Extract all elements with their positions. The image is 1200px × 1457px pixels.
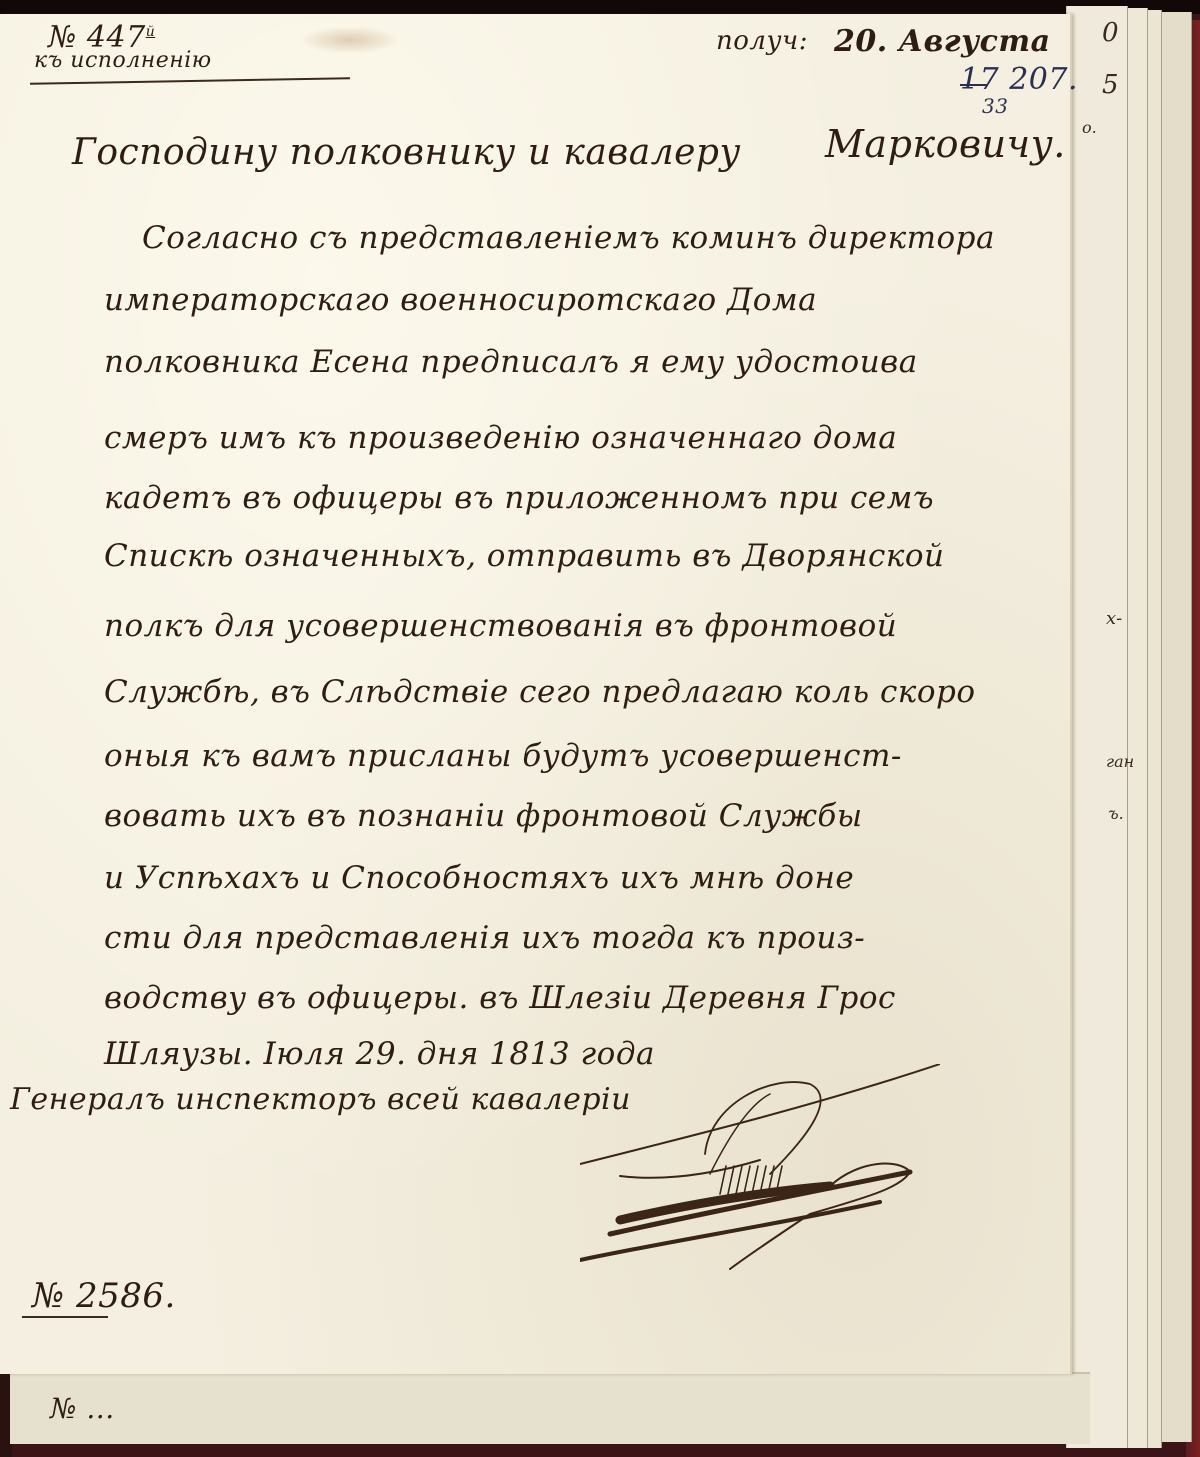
folio-alt-number: 33 bbox=[982, 94, 1008, 118]
signatory-title: Генералъ инспекторъ всей кавалеріи bbox=[10, 1082, 631, 1117]
margin-mark: 5 bbox=[1102, 70, 1119, 100]
reference-caption: къ исполненію bbox=[34, 48, 212, 73]
underlying-page-mark: № ... bbox=[50, 1392, 115, 1425]
margin-mark: 0 bbox=[1102, 18, 1119, 48]
margin-mark: ъ. bbox=[1108, 804, 1124, 823]
body-line: сти для представленія ихъ тогда къ произ… bbox=[104, 920, 865, 956]
body-line: полковника Есена предписалъ я ему удосто… bbox=[104, 344, 918, 380]
body-line: смеръ имъ къ произведенію означеннаго до… bbox=[104, 420, 897, 456]
registry-underline bbox=[22, 1316, 108, 1318]
body-line: Спискѣ означенныхъ, отправить въ Дворянс… bbox=[104, 538, 945, 574]
signature-flourish bbox=[580, 1064, 940, 1274]
underlying-page bbox=[10, 1372, 1090, 1444]
registry-number: № 2586. bbox=[32, 1276, 176, 1316]
stacked-page-edge bbox=[1066, 6, 1128, 1448]
body-line: водству въ офицеры. въ Шлезіи Деревня Гр… bbox=[104, 980, 896, 1016]
body-line: и Успѣхахъ и Способностяхъ ихъ мнѣ доне bbox=[104, 860, 854, 896]
body-line: кадетъ въ офицеры въ приложенномъ при се… bbox=[104, 480, 934, 516]
body-line: полкъ для усовершенствованія въ фронтово… bbox=[104, 608, 897, 644]
scan-top-shadow bbox=[0, 0, 1200, 14]
body-line: оныя къ вамъ присланы будутъ усовершенст… bbox=[104, 738, 902, 774]
salutation: Господину полковнику и кавалеру bbox=[72, 132, 741, 173]
margin-mark: х- bbox=[1106, 608, 1122, 629]
body-line: вовать ихъ въ познаніи фронтовой Службы bbox=[104, 798, 863, 834]
body-line: Шляузы. Іюля 29. дня 1813 года bbox=[104, 1036, 655, 1072]
paper-stain bbox=[300, 26, 400, 54]
folio-number: 17 207. bbox=[960, 62, 1078, 97]
addressee-name: Марковичу. bbox=[825, 122, 1066, 166]
flourish-underline bbox=[30, 77, 350, 85]
body-line: Службѣ, въ Слѣдствіе сего предлагаю коль… bbox=[104, 674, 976, 710]
folio-strikethrough bbox=[960, 84, 988, 86]
received-label: получ: bbox=[716, 26, 808, 56]
margin-mark: о. bbox=[1082, 118, 1097, 137]
margin-mark: ган bbox=[1106, 752, 1134, 771]
manuscript-page: № 447й къ исполненію получ: 20. Августа … bbox=[0, 14, 1072, 1374]
received-date: 20. Августа bbox=[834, 24, 1051, 59]
body-line: императорскаго военносиротскаго Дома bbox=[104, 282, 817, 318]
body-line: Согласно съ представленіемъ коминъ дирек… bbox=[142, 220, 995, 256]
